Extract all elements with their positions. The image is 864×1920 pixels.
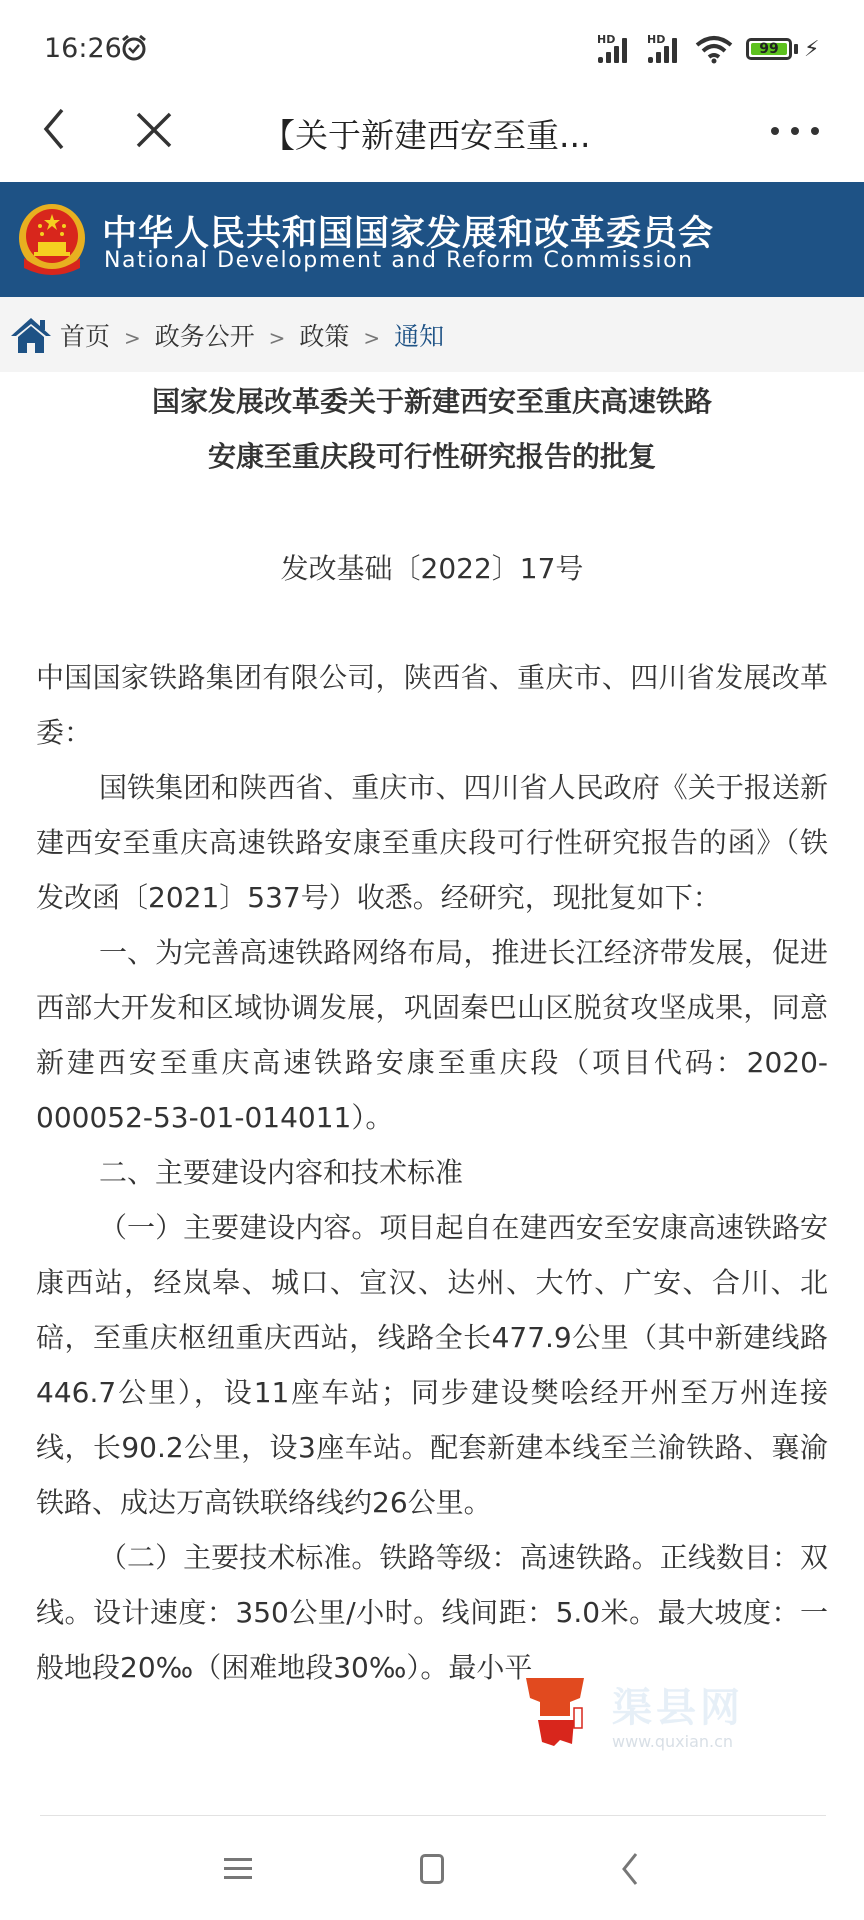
breadcrumb-separator: > xyxy=(269,326,286,350)
back-chevron-button[interactable] xyxy=(620,1852,640,1886)
document-title-line-1: 国家发展改革委关于新建西安至重庆高速铁路 xyxy=(0,380,864,420)
close-button[interactable] xyxy=(134,110,174,150)
paragraph-technical-standards: （二）主要技术标准。铁路等级：高速铁路。正线数目：双线。设计速度：350公里/小… xyxy=(36,1530,828,1695)
breadcrumb-item-policy[interactable]: 政策 xyxy=(299,322,349,351)
watermark-text: 渠县网 xyxy=(612,1676,744,1733)
paragraph-receipt: 国铁集团和陕西省、重庆市、四川省人民政府《关于报送新建西安至重庆高速铁路安康至重… xyxy=(36,760,828,925)
alarm-clock-icon xyxy=(120,34,148,62)
recent-apps-button[interactable] xyxy=(224,1857,252,1881)
lightning-bolt-icon: ⚡ xyxy=(804,37,819,62)
wifi-icon xyxy=(694,34,734,64)
paragraph-approval: 一、为完善高速铁路网络布局，推进长江经济带发展，促进西部大开发和区域协调发展，巩… xyxy=(36,925,828,1145)
watermark-logo-icon xyxy=(520,1672,590,1750)
status-time: 16:26 xyxy=(44,33,122,64)
watermark-url: www.quxian.cn xyxy=(612,1732,733,1751)
page-title: 【关于新建西安至重... xyxy=(262,110,590,157)
svg-text:HD: HD xyxy=(647,33,665,46)
breadcrumb-item-home[interactable]: 首页 xyxy=(60,322,110,351)
watermark: 渠县网 www.quxian.cn xyxy=(520,1672,820,1772)
paragraph-section-heading: 二、主要建设内容和技术标准 xyxy=(36,1145,828,1200)
battery-tip xyxy=(794,44,798,54)
breadcrumb-separator: > xyxy=(124,326,141,350)
signal-hd-1-icon: HD xyxy=(596,32,640,64)
breadcrumb-separator: > xyxy=(363,326,380,350)
national-emblem-icon xyxy=(18,202,86,278)
document-title-line-2: 安康至重庆段可行性研究报告的批复 xyxy=(0,435,864,475)
breadcrumb-item-government-affairs[interactable]: 政务公开 xyxy=(155,322,255,351)
breadcrumb-item-notice[interactable]: 通知 xyxy=(394,322,444,351)
banner-title-en: National Development and Reform Commissi… xyxy=(104,248,694,273)
document-body: 中国国家铁路集团有限公司，陕西省、重庆市、四川省发展改革委： 国铁集团和陕西省、… xyxy=(36,650,828,1695)
back-button[interactable] xyxy=(38,106,68,152)
more-dots-button[interactable] xyxy=(770,126,820,136)
svg-text:HD: HD xyxy=(597,33,615,46)
battery-level: 99 xyxy=(751,43,787,55)
home-icon[interactable] xyxy=(10,316,52,354)
signal-hd-2-icon: HD xyxy=(646,32,690,64)
breadcrumb-items: 首页 > 政务公开 > 政策 > 通知 xyxy=(60,317,444,353)
status-bar: 16:26 HD HD 99 ⚡ xyxy=(0,0,864,90)
home-square-button[interactable] xyxy=(420,1854,444,1884)
battery-indicator: 99 xyxy=(746,38,792,60)
paragraph-construction-content: （一）主要建设内容。项目起自在建西安至安康高速铁路安康西站，经岚皋、城口、宣汉、… xyxy=(36,1200,828,1530)
nav-divider xyxy=(40,1815,826,1816)
paragraph-addressee: 中国国家铁路集团有限公司，陕西省、重庆市、四川省发展改革委： xyxy=(36,650,828,760)
document-number: 发改基础〔2022〕17号 xyxy=(0,547,864,587)
